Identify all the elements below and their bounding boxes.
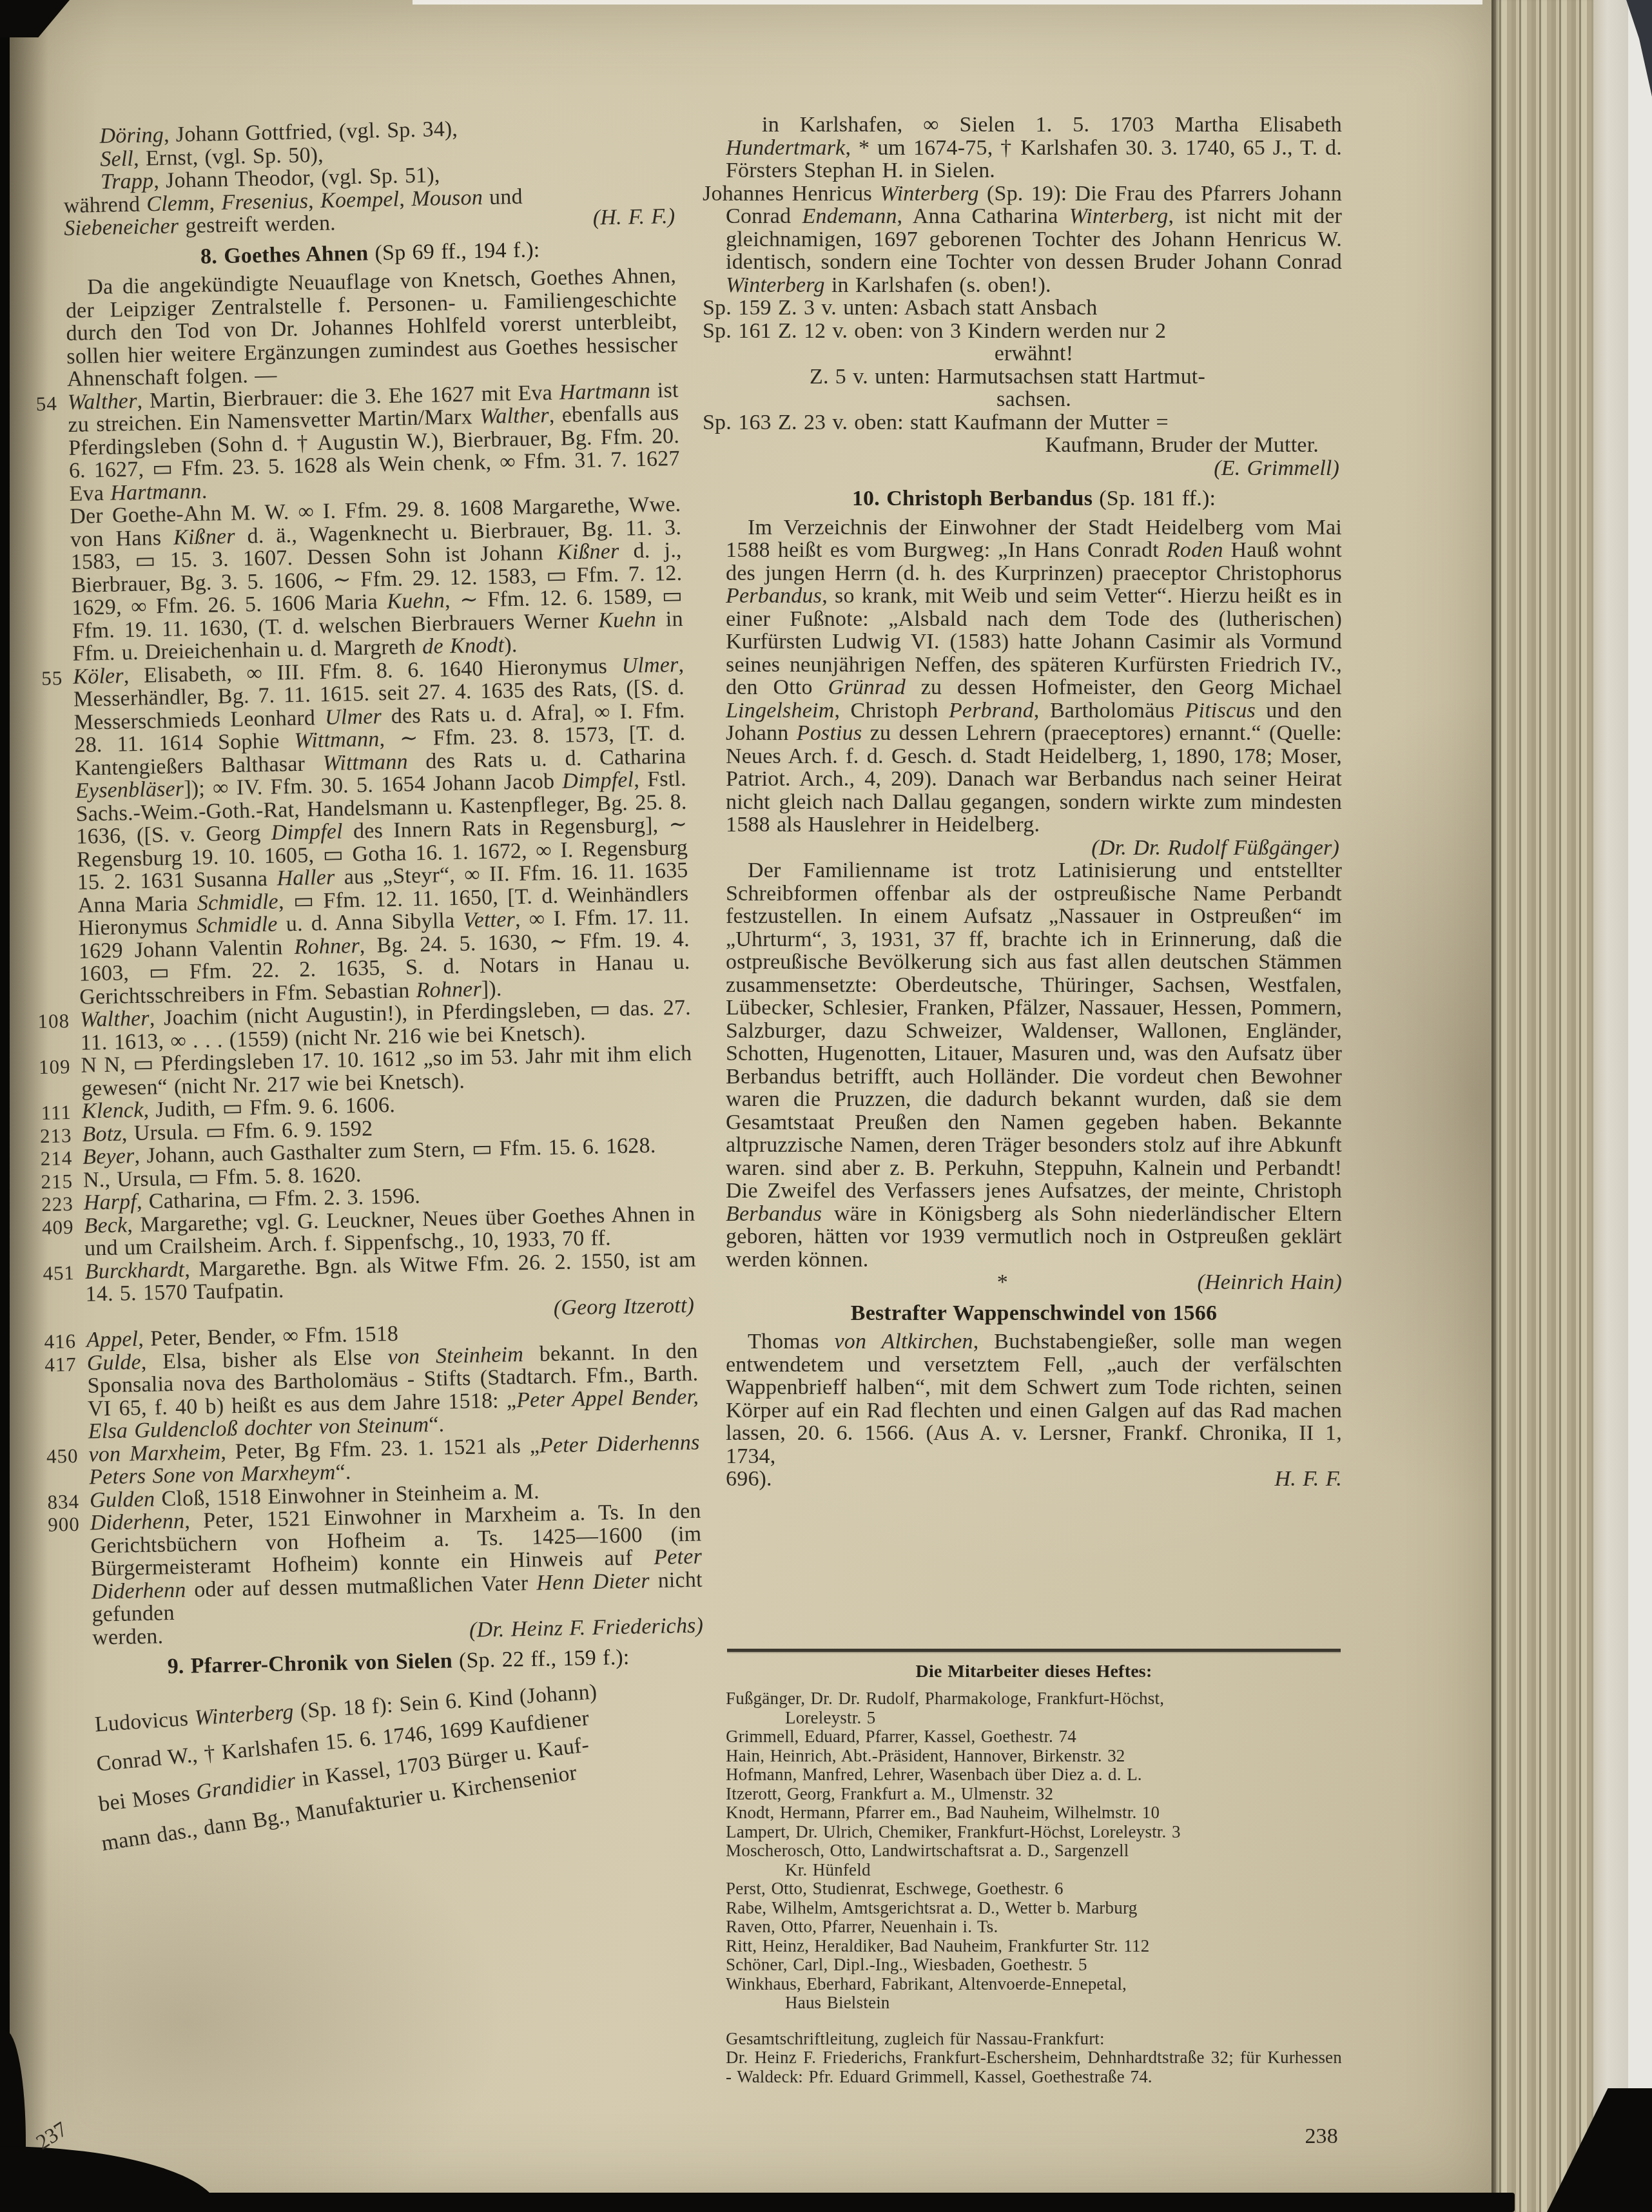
right-text-column: in Karlshafen, ∞ Sielen 1. 5. 1703 Marth… [726, 113, 1342, 1491]
text-line: sachsen. [726, 388, 1342, 411]
page-number: 238 [726, 2125, 1342, 2148]
paragraph-text: Da die angekündigte Neuauflage von Knets… [66, 264, 678, 391]
margin-entry-number: 55 [15, 666, 63, 690]
author-signature: (E. Grimmell) [726, 457, 1342, 480]
margin-entry-number: 416 [28, 1330, 77, 1353]
paragraph-text: Diderhenn, Peter, 1521 Einwohner in Marx… [90, 1499, 703, 1627]
split-right-text: (H. F. F.) [592, 205, 675, 229]
contributor-line: Hain, Heinrich, Abt.-Präsident, Hannover… [726, 1747, 1342, 1766]
contributor-line: Grimmell, Eduard, Pfarrer, Kassel, Goeth… [726, 1727, 1342, 1747]
margin-entry-number: 54 [9, 392, 57, 416]
contributor-line: Hofmann, Manfred, Lehrer, Wasenbach über… [726, 1765, 1342, 1785]
text-line: Sp. 161 Z. 12 v. oben: von 3 Kindern wer… [703, 320, 1342, 343]
text-line: Sp. 163 Z. 23 v. oben: statt Kaufmann de… [703, 411, 1342, 434]
entry-paragraph: Thomas von Altkirchen, Buchstabengießer,… [726, 1330, 1342, 1468]
heading-reference: (Sp. 181 ff.): [1093, 487, 1216, 510]
entry-paragraph: 55Köler, Elisabeth, ∞ III. Ffm. 8. 6. 16… [73, 653, 690, 1008]
top-edge-highlight [413, 0, 1482, 5]
entry-paragraph: Der Familienname ist trotz Latinisierung… [726, 859, 1342, 1271]
margin-entry-number: 417 [28, 1352, 77, 1376]
margin-entry-number: 450 [30, 1444, 79, 1468]
contributor-line: Loreleystr. 5 [726, 1709, 1342, 1728]
paragraph-text: Der Goethe-Ahn M. W. ∞ I. Ffm. 29. 8. 16… [70, 492, 683, 666]
contributor-line: Itzerott, Georg, Frankfurt a. M., Ulmens… [726, 1785, 1342, 1804]
paragraph-text: Köler, Elisabeth, ∞ III. Ffm. 8. 6. 1640… [73, 652, 690, 1009]
contributor-line: Fußgänger, Dr. Dr. Rudolf, Pharmakologe,… [726, 1689, 1342, 1709]
heading-title: 10. Christoph Berbandus [852, 487, 1093, 510]
contributor-line: Gesamtschriftleitung, zugleich für Nassa… [726, 2030, 1342, 2049]
contributor-line: Knodt, Hermann, Pfarrer em., Bad Nauheim… [726, 1803, 1342, 1823]
entry-paragraph: Da die angekündigte Neuauflage von Knets… [65, 264, 678, 391]
entry-paragraph: in Karlshafen, ∞ Sielen 1. 5. 1703 Marth… [726, 113, 1342, 182]
author-signature: (Dr. Dr. Rudolf Füßgänger) [726, 837, 1342, 860]
contributors-heading: Die Mitarbeiter dieses Heftes: [726, 1661, 1342, 1683]
section-heading: 10. Christoph Berbandus (Sp. 181 ff.): [726, 487, 1342, 510]
contributor-line: Rabe, Wilhelm, Amtsgerichtsrat a. D., We… [726, 1899, 1342, 1918]
text-line: Kaufmann, Bruder der Mutter. [726, 434, 1342, 457]
split-right-text: (Dr. Heinz F. Friederichs) [469, 1614, 704, 1642]
split-right-text: (Heinrich Hain) [1197, 1271, 1342, 1294]
entry-paragraph: Der Goethe-Ahn M. W. ∞ I. Ffm. 29. 8. 16… [70, 493, 684, 665]
heading-title: 8. Goethes Ahnen [200, 241, 369, 268]
contributor-line: Kr. Hünfeld [726, 1861, 1342, 1880]
section-heading: Bestrafter Wappenschwindel von 1566 [726, 1302, 1342, 1325]
contributor-line: Schöner, Carl, Dipl.-Ing., Wiesbaden, Go… [726, 1955, 1342, 1975]
split-left-text: Siebeneicher gestreift werden. [64, 212, 336, 240]
split-center-text: * [997, 1271, 1008, 1294]
paragraph-text: Der Familienname ist trotz Latinisierung… [726, 859, 1342, 1272]
contributor-line: Haus Bielstein [726, 1994, 1342, 2013]
vertical-gap [726, 2013, 1342, 2030]
paragraph-text: Gulde, Elsa, bisher als Else von Steinhe… [86, 1339, 699, 1443]
left-scan-border [0, 0, 10, 2212]
split-line: 696).H. F. F. [726, 1468, 1342, 1491]
text-line: Sp. 159 Z. 3 v. unten: Asbach statt Ansb… [703, 296, 1342, 320]
paragraph-text: Johannes Henricus Winterberg (Sp. 19): D… [703, 182, 1342, 297]
margin-entry-number: 451 [27, 1261, 75, 1285]
margin-entry-number: 108 [22, 1009, 70, 1033]
left-text-column: Döring, Johann Gottfried, (vgl. Sp. 34),… [62, 113, 706, 1777]
section-heading: 9. Pfarrer-Chronik von Sielen (Sp. 22 ff… [93, 1645, 705, 1680]
contributor-line: Ritt, Heinz, Heraldiker, Bad Nauheim, Fr… [726, 1937, 1342, 1956]
split-right-text: H. F. F. [1275, 1468, 1342, 1491]
heading-reference: (Sp 69 ff., 194 f.): [368, 238, 540, 265]
margin-entry-number: 214 [24, 1147, 73, 1170]
split-line: *(Heinrich Hain) [726, 1271, 1342, 1294]
contributor-line: Lampert, Dr. Ulrich, Chemiker, Frankfurt… [726, 1823, 1342, 1842]
contributor-line: Moscherosch, Otto, Landwirtschaftsrat a.… [726, 1841, 1342, 1861]
entry-paragraph: Johannes Henricus Winterberg (Sp. 19): D… [726, 182, 1342, 297]
split-left-text: 696). [726, 1468, 772, 1491]
book-page-edges [1492, 0, 1593, 2212]
heading-title: Bestrafter Wappenschwindel von 1566 [851, 1301, 1217, 1325]
scan-background-strip [1628, 0, 1652, 2212]
entry-paragraph: Im Verzeichnis der Einwohner der Stadt H… [726, 516, 1342, 837]
editorial-address-paragraph: Dr. Heinz F. Friederichs, Frankfurt-Esch… [726, 2048, 1342, 2086]
scanned-book-page: Döring, Johann Gottfried, (vgl. Sp. 34),… [0, 0, 1652, 2212]
horizontal-rule [727, 1649, 1341, 1652]
entry-paragraph: 54Walther, Martin, Bierbrauer: die 3. Eh… [67, 378, 680, 505]
margin-entry-number: 834 [32, 1489, 80, 1513]
paragraph-text: Thomas von Altkirchen, Buchstabengießer,… [726, 1330, 1342, 1468]
paragraph-text: Im Verzeichnis der Einwohner der Stadt H… [726, 516, 1342, 837]
paragraph-text: Walther, Martin, Bierbrauer: die 3. Ehe … [67, 378, 680, 505]
margin-entry-number: 223 [25, 1192, 73, 1216]
heading-title: 9. Pfarrer-Chronik von Sielen [167, 1649, 452, 1678]
margin-entry-number: 215 [25, 1170, 73, 1194]
entry-paragraph: 900Diderhenn, Peter, 1521 Einwohner in M… [90, 1500, 703, 1626]
contributors-footer-block: Die Mitarbeiter dieses Heftes:Fußgänger,… [726, 1649, 1342, 2148]
paragraph-text: in Karlshafen, ∞ Sielen 1. 5. 1703 Marth… [726, 113, 1342, 182]
contributor-line: Perst, Otto, Studienrat, Eschwege, Goeth… [726, 1879, 1342, 1899]
margin-entry-number: 409 [26, 1216, 74, 1239]
margin-entry-number: 109 [23, 1055, 71, 1079]
contributor-line: Raven, Otto, Pfarrer, Neuenhain i. Ts. [726, 1917, 1342, 1937]
margin-entry-number: 900 [32, 1513, 80, 1537]
bottom-scan-border [97, 2193, 1515, 2212]
page-block-edge [1593, 0, 1628, 2212]
split-left-text: werden. [92, 1625, 164, 1649]
text-line: Z. 5 v. unten: Harmutsachsen statt Hartm… [810, 365, 1342, 389]
heading-reference: (Sp. 22 ff., 159 f.): [452, 1645, 629, 1673]
contributor-line: Winkhaus, Eberhard, Fabrikant, Altenvoer… [726, 1975, 1342, 1994]
text-line: erwähnt! [726, 342, 1342, 365]
entry-paragraph: 417Gulde, Elsa, bisher als Else von Stei… [86, 1339, 699, 1443]
margin-entry-number: 111 [24, 1101, 72, 1125]
margin-entry-number: 213 [24, 1124, 72, 1148]
